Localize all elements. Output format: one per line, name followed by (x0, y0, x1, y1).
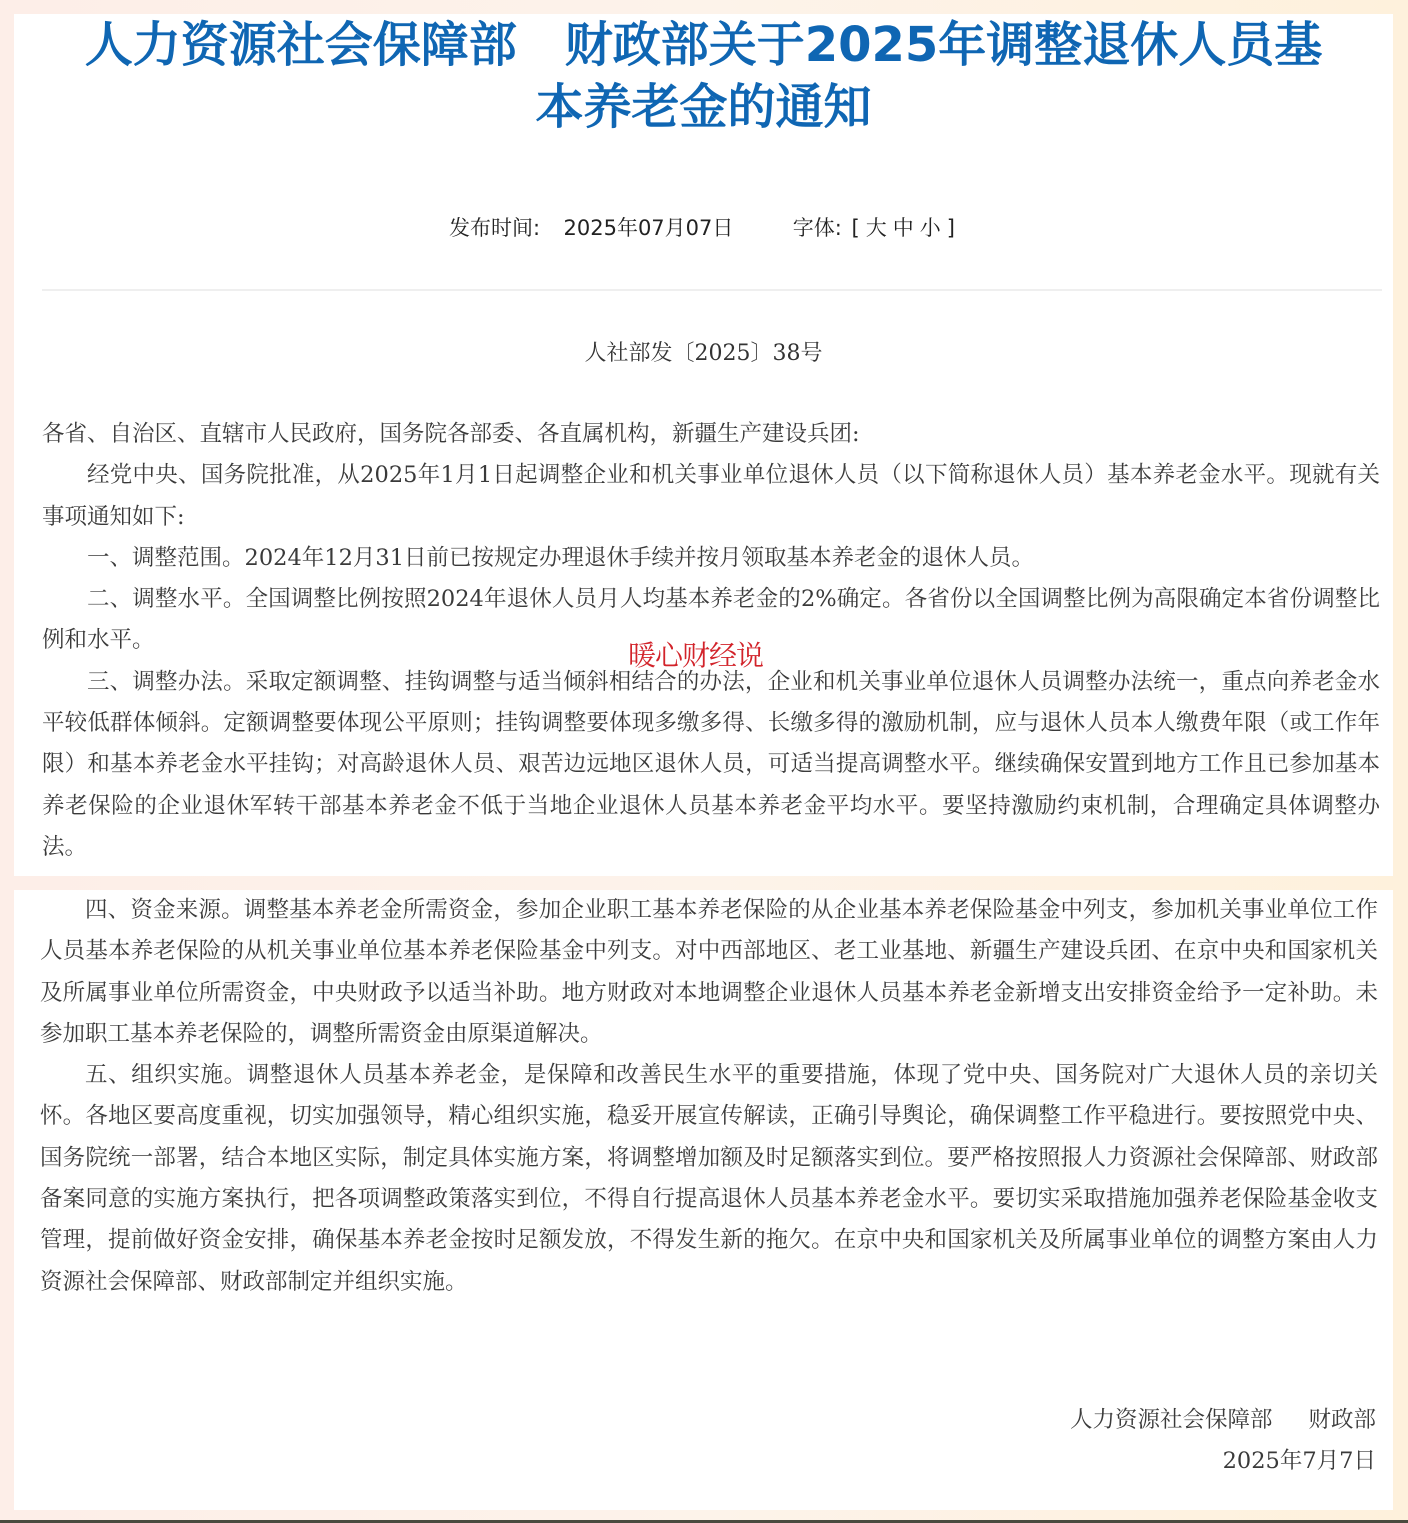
signature-block: 人力资源社会保障部财政部 2025年7月7日 (1070, 1400, 1376, 1482)
paragraph-scope: 一、调整范围。2024年12月31日前已按规定办理退休手续并按月领取基本养老金的… (42, 538, 1380, 579)
title-line-2: 本养老金的通知 (14, 76, 1393, 138)
issuer-mof: 财政部 (1308, 1407, 1376, 1433)
font-size-small-link[interactable]: 小 (920, 216, 941, 240)
font-size-label: 字体: (793, 216, 842, 240)
font-size-control: [大中小] (849, 216, 958, 240)
signature-date: 2025年7月7日 (1070, 1441, 1376, 1482)
font-bracket-open: [ (852, 216, 860, 240)
document-body-bottom: 四、资金来源。调整基本养老金所需资金，参加企业职工基本养老保险的从企业基本养老保… (40, 890, 1378, 1303)
font-bracket-close: ] (947, 216, 955, 240)
issuer-mohrss: 人力资源社会保障部 (1070, 1407, 1273, 1433)
page-title: 人力资源社会保障部 财政部关于2025年调整退休人员基 本养老金的通知 (14, 14, 1393, 138)
addressee: 各省、自治区、直辖市人民政府，国务院各部委、各直属机构，新疆生产建设兵团: (42, 414, 1380, 455)
document-number: 人社部发〔2025〕38号 (14, 336, 1393, 367)
paragraph-method: 三、调整办法。采取定额调整、挂钩调整与适当倾斜相结合的办法，企业和机关事业单位退… (42, 662, 1380, 868)
header-divider (42, 289, 1382, 291)
article-meta: 发布时间: 2025年07月07日 字体: [大中小] (14, 212, 1393, 242)
signature-issuers: 人力资源社会保障部财政部 (1070, 1400, 1376, 1441)
title-line-1: 人力资源社会保障部 财政部关于2025年调整退休人员基 (14, 14, 1393, 76)
publish-label: 发布时间: (449, 216, 540, 240)
watermark-label: 暖心财经说 (628, 638, 763, 674)
paragraph-funding: 四、资金来源。调整基本养老金所需资金，参加企业职工基本养老保险的从企业基本养老保… (40, 890, 1378, 1055)
font-size-medium-link[interactable]: 中 (893, 216, 914, 240)
font-size-large-link[interactable]: 大 (866, 216, 887, 240)
paragraph-intro: 经党中央、国务院批准，从2025年1月1日起调整企业和机关事业单位退休人员（以下… (42, 455, 1380, 538)
publish-date: 2025年07月07日 (564, 216, 734, 240)
paragraph-implementation: 五、组织实施。调整退休人员基本养老金，是保障和改善民生水平的重要措施，体现了党中… (40, 1055, 1378, 1303)
